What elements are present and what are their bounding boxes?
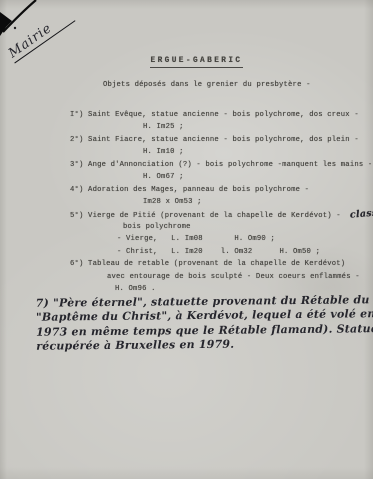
scan-streak-line: [3, 0, 36, 32]
item-5-vierge-measurement: - Vierge, L. Im08 H. Om90 ;: [0, 233, 373, 245]
item-2-measurement: H. Im10 ;: [0, 146, 373, 158]
item-5-description: 5°) Vierge de Pitié (provenant de la cha…: [0, 209, 373, 221]
document-subtitle: Objets déposés dans le grenier du presby…: [103, 81, 311, 89]
item-4-measurement: Im28 x Om53 ;: [0, 196, 373, 208]
item-3-description: 3°) Ange d'Annonciation (?) - bois polyc…: [0, 159, 373, 171]
document-title: ERGUE-GABERIC: [150, 57, 242, 68]
inventory-list: I°) Saint Evêque, statue ancienne - bois…: [0, 109, 373, 296]
item-2-description: 2°) Saint Fiacre, statue ancienne - bois…: [0, 134, 373, 146]
ink-dot: [14, 27, 16, 29]
item-3-measurement: H. Om67 ;: [0, 171, 373, 183]
item-5-description-text: 5°) Vierge de Pitié (provenant de la cha…: [70, 212, 341, 220]
item-6-description: 6°) Tableau de retable (provenant de la …: [0, 258, 373, 270]
classee-handwritten-annotation: classée: [349, 206, 373, 222]
item-6-detail: avec entourage de bois sculpté - Deux co…: [0, 271, 373, 283]
item-4-description: 4°) Adoration des Mages, panneau de bois…: [0, 184, 373, 196]
scanned-document-page: Mairie ERGUE-GABERIC Objets déposés dans…: [0, 0, 373, 479]
item-5-christ-measurement: - Christ, L. Im20 l. Om32 H. Om50 ;: [0, 246, 373, 258]
item-7-handwritten-note: 7) "Père éternel", statuette provenant d…: [36, 293, 367, 354]
item-1-description: I°) Saint Evêque, statue ancienne - bois…: [0, 109, 373, 121]
item-1-measurement: H. Im25 ;: [0, 121, 373, 133]
item-5-material: bois polychrome: [0, 221, 373, 233]
handwritten-note-line-4: récupérée à Bruxelles en 1979.: [36, 336, 366, 354]
title-row: ERGUE-GABERIC: [10, 49, 373, 68]
